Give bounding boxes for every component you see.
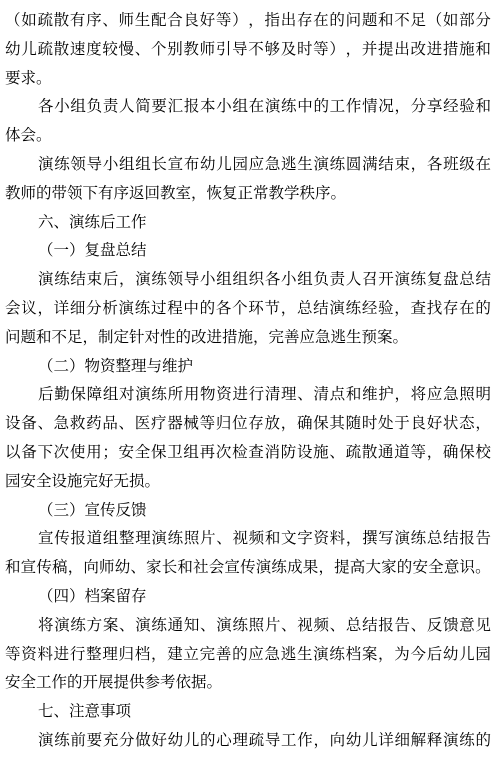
text-line: 会议，详细分析演练过程中的各个环节，总结演练经验，查找存在的 <box>5 295 491 324</box>
text-line: 等资料进行整理归档，建立完善的应急逃生演练档案，为今后幼儿园 <box>5 641 491 670</box>
text-line: 各小组负责人简要汇报本小组在演练中的工作情况，分享经验和 <box>5 93 491 122</box>
text-line: 七、注意事项 <box>5 698 491 727</box>
text-line: 演练结束后，演练领导小组组织各小组负责人召开演练复盘总结 <box>5 266 491 295</box>
text-line: 后勤保障组对演练所用物资进行清理、清点和维护，将应急照明 <box>5 381 491 410</box>
text-line: 演练前要充分做好幼儿的心理疏导工作，向幼儿详细解释演练的 <box>5 727 491 756</box>
text-line: 幼儿疏散速度较慢、个别教师引导不够及时等），并提出改进措施和 <box>5 36 491 65</box>
text-line: （一）复盘总结 <box>5 237 491 266</box>
text-line: 演练领导小组组长宣布幼儿园应急逃生演练圆满结束，各班级在 <box>5 151 491 180</box>
text-line: 以备下次使用；安全保卫组再次检查消防设施、疏散通道等，确保校 <box>5 439 491 468</box>
text-line: 体会。 <box>5 122 491 151</box>
text-line: （二）物资整理与维护 <box>5 353 491 382</box>
text-line: 问题和不足，制定针对性的改进措施，完善应急逃生预案。 <box>5 324 491 353</box>
text-line: 设备、急救药品、医疗器械等归位存放，确保其随时处于良好状态， <box>5 410 491 439</box>
text-line: 教师的带领下有序返回教室，恢复正常教学秩序。 <box>5 180 491 209</box>
text-line: 宣传报道组整理演练照片、视频和文字资料，撰写演练总结报告 <box>5 525 491 554</box>
text-line: （三）宣传反馈 <box>5 497 491 526</box>
text-line: （如疏散有序、师生配合良好等），指出存在的问题和不足（如部分 <box>5 7 491 36</box>
text-line: 安全工作的开展提供参考依据。 <box>5 669 491 698</box>
document-body: （如疏散有序、师生配合良好等），指出存在的问题和不足（如部分幼儿疏散速度较慢、个… <box>5 7 491 756</box>
text-line: 和宣传稿，向师幼、家长和社会宣传演练成果，提高大家的安全意识。 <box>5 554 491 583</box>
text-line: 将演练方案、演练通知、演练照片、视频、总结报告、反馈意见 <box>5 612 491 641</box>
text-line: 六、演练后工作 <box>5 209 491 238</box>
text-line: 园安全设施完好无损。 <box>5 468 491 497</box>
document-page: （如疏散有序、师生配合良好等），指出存在的问题和不足（如部分幼儿疏散速度较慢、个… <box>0 0 496 761</box>
text-line: 要求。 <box>5 65 491 94</box>
text-line: （四）档案留存 <box>5 583 491 612</box>
